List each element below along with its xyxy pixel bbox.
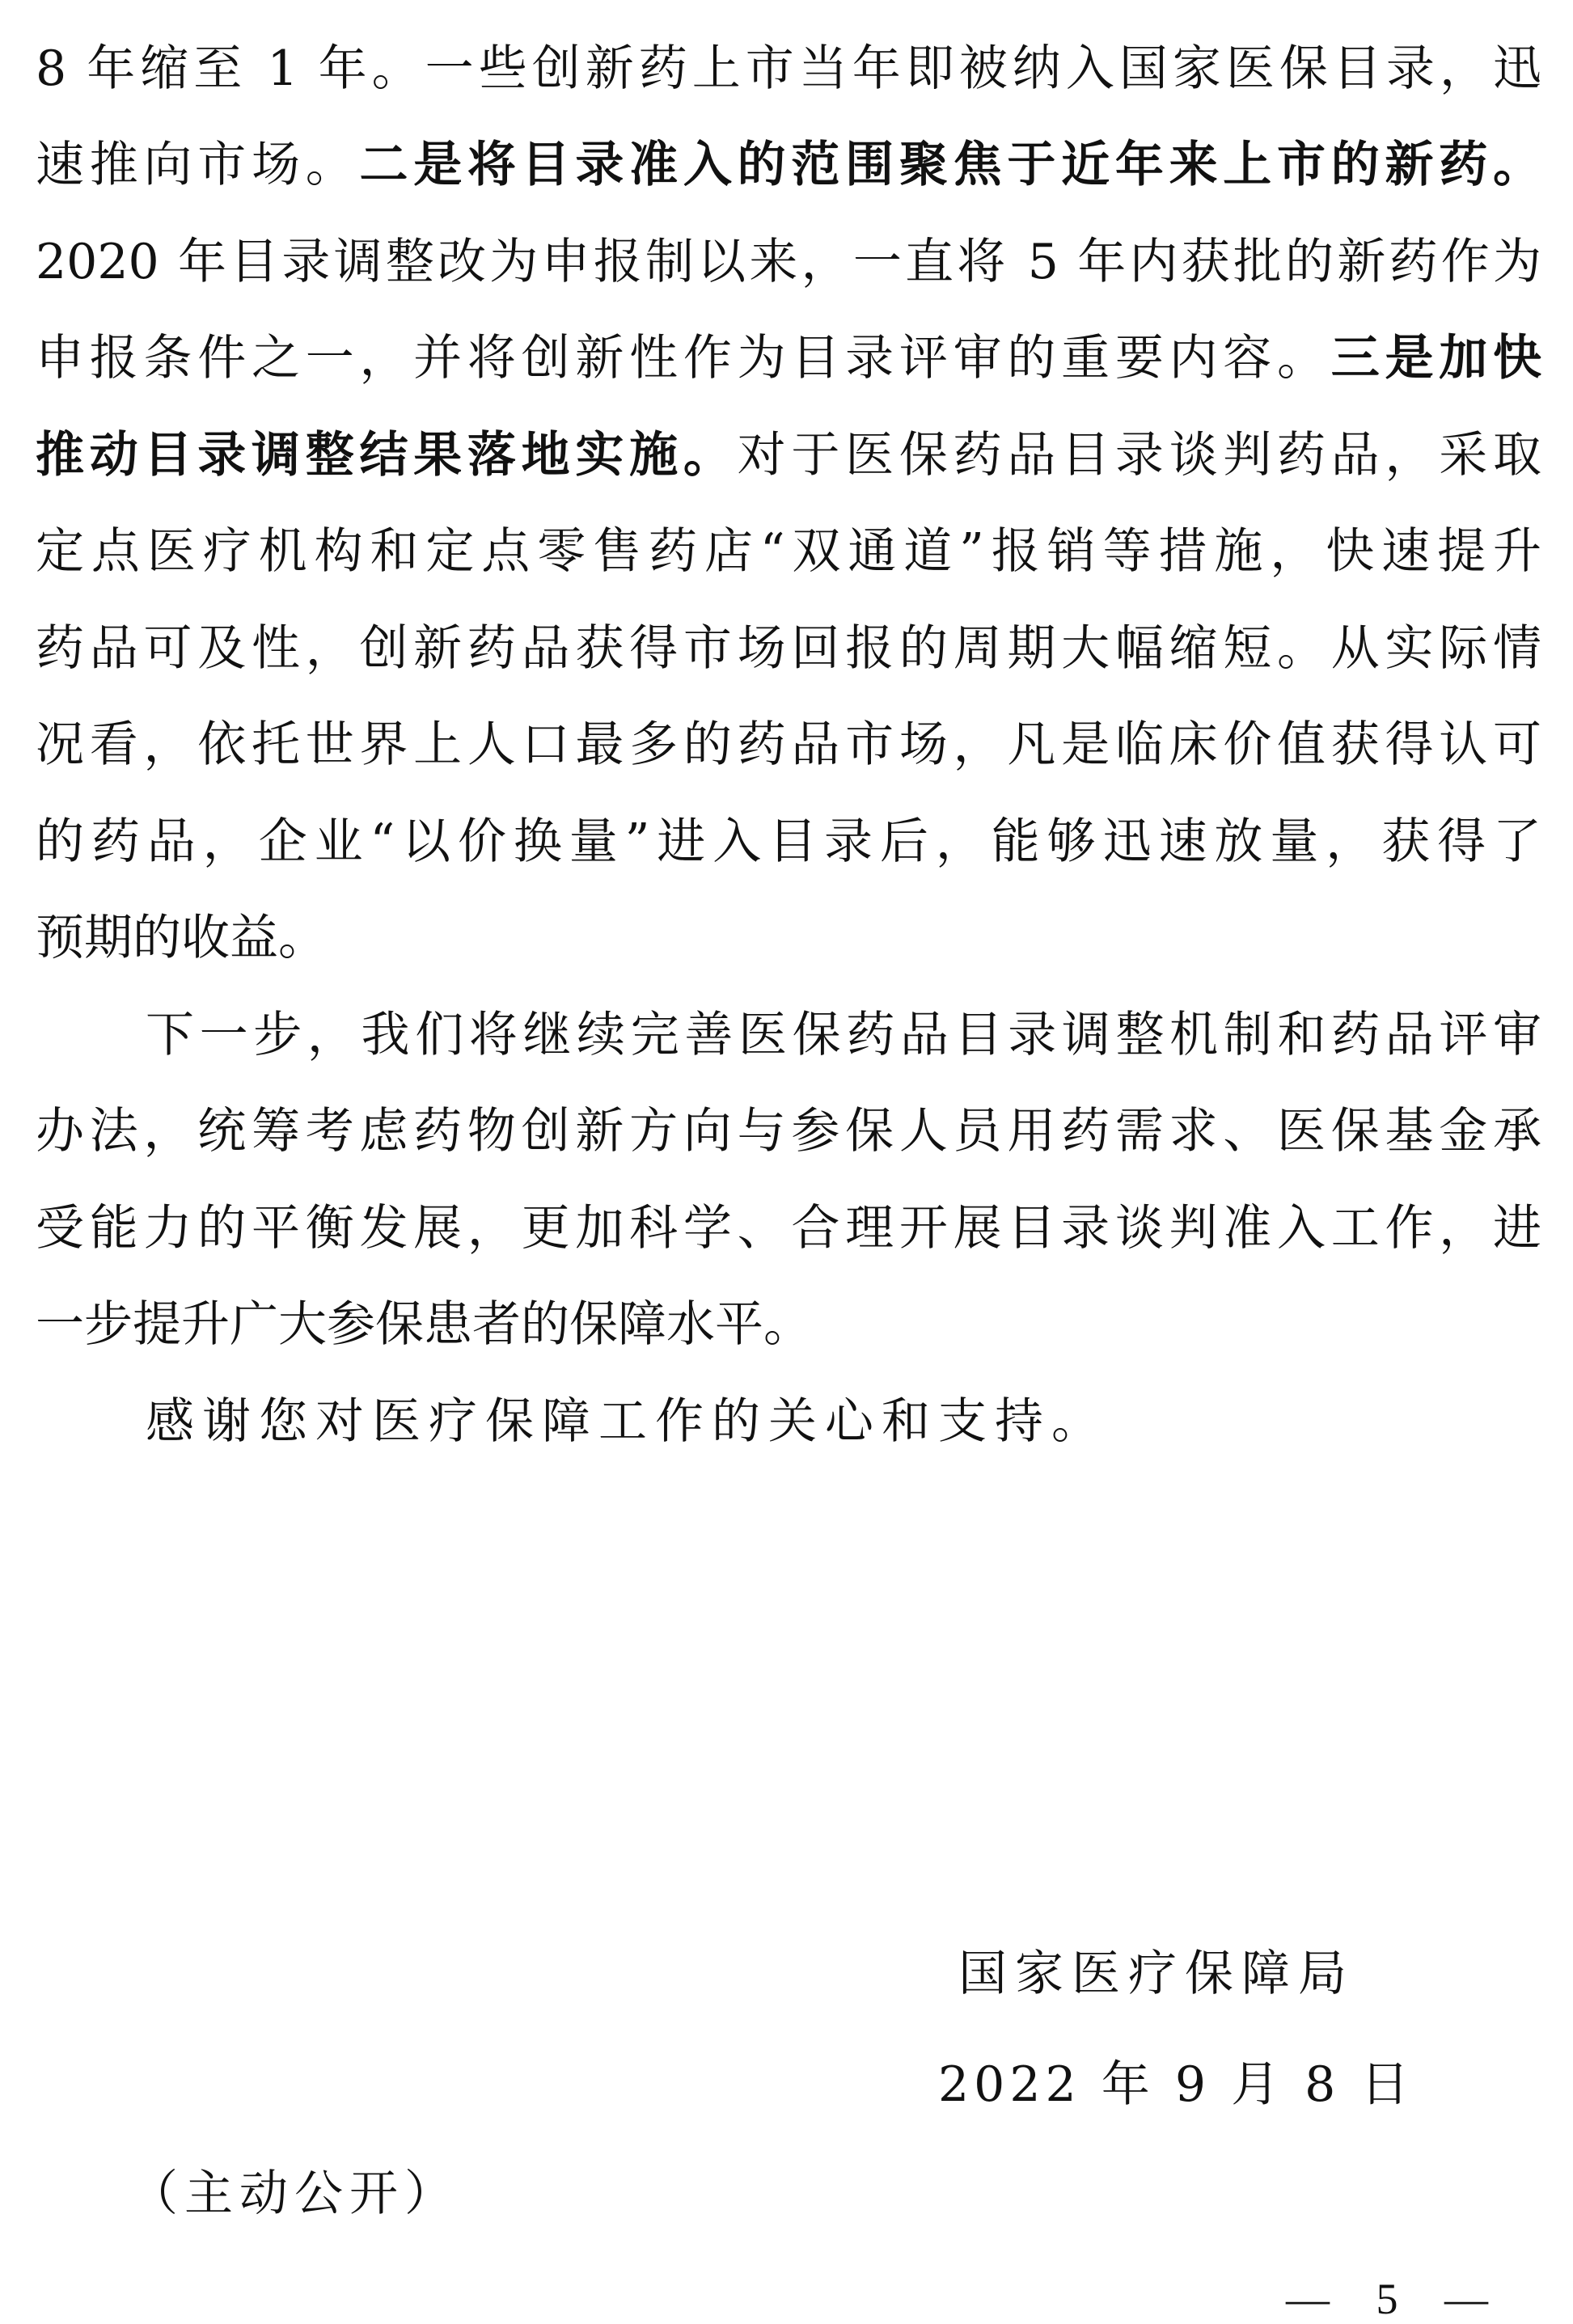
page-number: — 5 — (1286, 2271, 1506, 2324)
text-line-9: 的药品，企业“以价换量”进入目录后，能够迅速放量，获得了 (36, 809, 1541, 874)
signature-date: 2022 年 9 月 8 日 (938, 2052, 1414, 2117)
text-segment: 下一步，我们将继续完善医保药品目录调整机制和药品评审 (146, 1007, 1541, 1063)
disclosure-label: （主动公开） (129, 2161, 459, 2226)
text-segment: 办法，统筹考虑药物创新方向与参保人员用药需求、医保基金承 (36, 1103, 1541, 1160)
bold-text-segment: 推动目录调整结果落地实施。 (36, 427, 738, 484)
signature-organization: 国家医疗保障局 (958, 1942, 1355, 2006)
text-line-13: 受能力的平衡发展，更加科学、合理开展目录谈判准入工作，进 (36, 1196, 1541, 1261)
text-segment: 预期的收益。 (36, 910, 327, 966)
text-line-1: 8 年缩至 1 年。一些创新药上市当年即被纳入国家医保目录，迅 (36, 36, 1541, 101)
text-segment: 2020 年目录调整改为申报制以来，一直将 5 年内获批的新药作为 (36, 234, 1541, 290)
bold-text-segment: 二是将目录准入的范围聚焦于近年来上市的新药。 (359, 137, 1541, 193)
text-segment: 感谢您对医疗保障工作的关心和支持。 (146, 1393, 1108, 1450)
text-segment: 8 年缩至 1 年。一些创新药上市当年即被纳入国家医保目录，迅 (36, 40, 1541, 97)
text-line-15: 感谢您对医疗保障工作的关心和支持。 (146, 1389, 1541, 1454)
text-line-2: 速推向市场。二是将目录准入的范围聚焦于近年来上市的新药。 (36, 133, 1541, 197)
text-line-8: 况看，依托世界上人口最多的药品市场，凡是临床价值获得认可 (36, 712, 1541, 777)
text-segment: 的药品，企业“以价换量”进入目录后，能够迅速放量，获得了 (36, 813, 1541, 870)
text-line-3: 2020 年目录调整改为申报制以来，一直将 5 年内获批的新药作为 (36, 230, 1541, 294)
text-line-14: 一步提升广大参保患者的保障水平。 (36, 1292, 1541, 1357)
text-segment: 对于医保药品目录谈判药品，采取 (738, 427, 1541, 484)
text-segment: 况看，依托世界上人口最多的药品市场，凡是临床价值获得认可 (36, 716, 1541, 773)
text-segment: 一步提升广大参保患者的保障水平。 (36, 1296, 812, 1353)
text-line-12: 办法，统筹考虑药物创新方向与参保人员用药需求、医保基金承 (36, 1099, 1541, 1164)
text-line-5: 推动目录调整结果落地实施。对于医保药品目录谈判药品，采取 (36, 423, 1541, 488)
text-segment: 药品可及性，创新药品获得市场回报的周期大幅缩短。从实际情 (36, 620, 1541, 677)
text-line-7: 药品可及性，创新药品获得市场回报的周期大幅缩短。从实际情 (36, 616, 1541, 681)
text-segment: 速推向市场。 (36, 137, 359, 193)
text-line-4: 申报条件之一，并将创新性作为目录评审的重要内容。三是加快 (36, 326, 1541, 391)
text-line-6: 定点医疗机构和定点零售药店“双通道”报销等措施，快速提升 (36, 519, 1541, 584)
text-segment: 申报条件之一，并将创新性作为目录评审的重要内容。 (36, 330, 1331, 387)
text-segment: 受能力的平衡发展，更加科学、合理开展目录谈判准入工作，进 (36, 1200, 1541, 1257)
text-line-10: 预期的收益。 (36, 906, 1541, 970)
text-line-11: 下一步，我们将继续完善医保药品目录调整机制和药品评审 (146, 1003, 1541, 1067)
text-segment: 定点医疗机构和定点零售药店“双通道”报销等措施，快速提升 (36, 523, 1541, 580)
bold-text-segment: 三是加快 (1331, 330, 1541, 387)
